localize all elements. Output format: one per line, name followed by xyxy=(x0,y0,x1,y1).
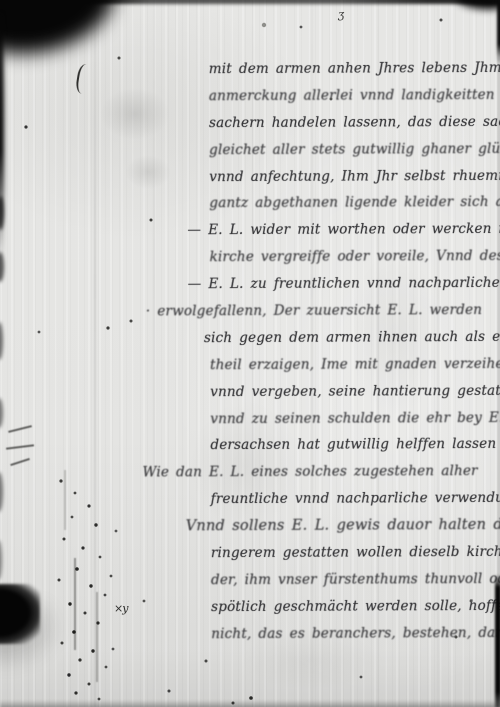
manuscript-line: — E. L. wider mit worthen oder wercken i… xyxy=(0,216,500,245)
manuscript-line: sachern handelen lassenn, das diese sach… xyxy=(0,109,499,138)
manuscript-line: gleichet aller stets gutwillig ghaner gl… xyxy=(0,136,499,165)
manuscript-line: vnnd zu seinen schulden die ehr bey E. L… xyxy=(0,404,500,433)
manuscript-line: mit dem armen anhen Jhres lebens Jhm xyxy=(0,55,499,84)
manuscript-line: · erwolgefallenn, Der zuuersicht E. L. w… xyxy=(0,297,500,326)
page-edge-right xyxy=(495,574,500,707)
torn-corner-top-right xyxy=(455,0,500,12)
manuscript-line: kirche vergreiffe oder voreile, Vnnd des… xyxy=(0,243,500,272)
manuscript-page: mit dem armen anhen Jhres lebens Jhm anm… xyxy=(0,0,500,707)
manuscript-line: vnnd vergeben, seine hantierung gestatte… xyxy=(0,378,500,407)
manuscript-line: Vnnd sollens E. L. gewis dauor halten da… xyxy=(1,512,500,541)
left-margin-mark: ×y xyxy=(114,602,127,615)
dirt-streak xyxy=(74,558,76,650)
manuscript-line: nicht, das es beranchers, bestehen, dar … xyxy=(1,620,500,649)
page-edge-bottom xyxy=(0,700,500,707)
ink-blot xyxy=(0,584,40,644)
dirt-streak xyxy=(96,592,98,682)
manuscript-line: — E. L. zu freuntlichen vnnd nachparlich… xyxy=(0,270,500,299)
manuscript-line: spötlich geschmächt werden solle, hoffen… xyxy=(1,593,500,622)
manuscript-line: sich gegen dem armen ihnen auch als ein xyxy=(0,324,500,353)
manuscript-line: Wie dan E. L. eines solches zugestehen a… xyxy=(0,458,500,487)
top-margin-squiggle-mark: ʒ xyxy=(338,8,344,21)
manuscript-line: theil erzaigen, Ime mit gnaden verzeihen xyxy=(0,351,500,380)
manuscript-line: der, ihm vnser fürstenthums thunvoll ode… xyxy=(1,566,500,595)
manuscript-line: anmerckung allerlei vnnd landigkeitten d… xyxy=(0,82,499,111)
manuscript-line: vnnd anfechtung, Ihm Jhr selbst rhuemnde… xyxy=(0,162,499,191)
manuscript-line: ringerem gestatten wollen dieselb kirch … xyxy=(1,539,500,568)
manuscript-line: dersachsen hat gutwillig helffen lassen xyxy=(0,431,500,460)
manuscript-line: gantz abgethanen ligende kleider sich au… xyxy=(0,189,499,218)
dirt-streak xyxy=(64,470,66,530)
manuscript-line: freuntliche vnnd nachparliche verwendung… xyxy=(1,485,500,514)
